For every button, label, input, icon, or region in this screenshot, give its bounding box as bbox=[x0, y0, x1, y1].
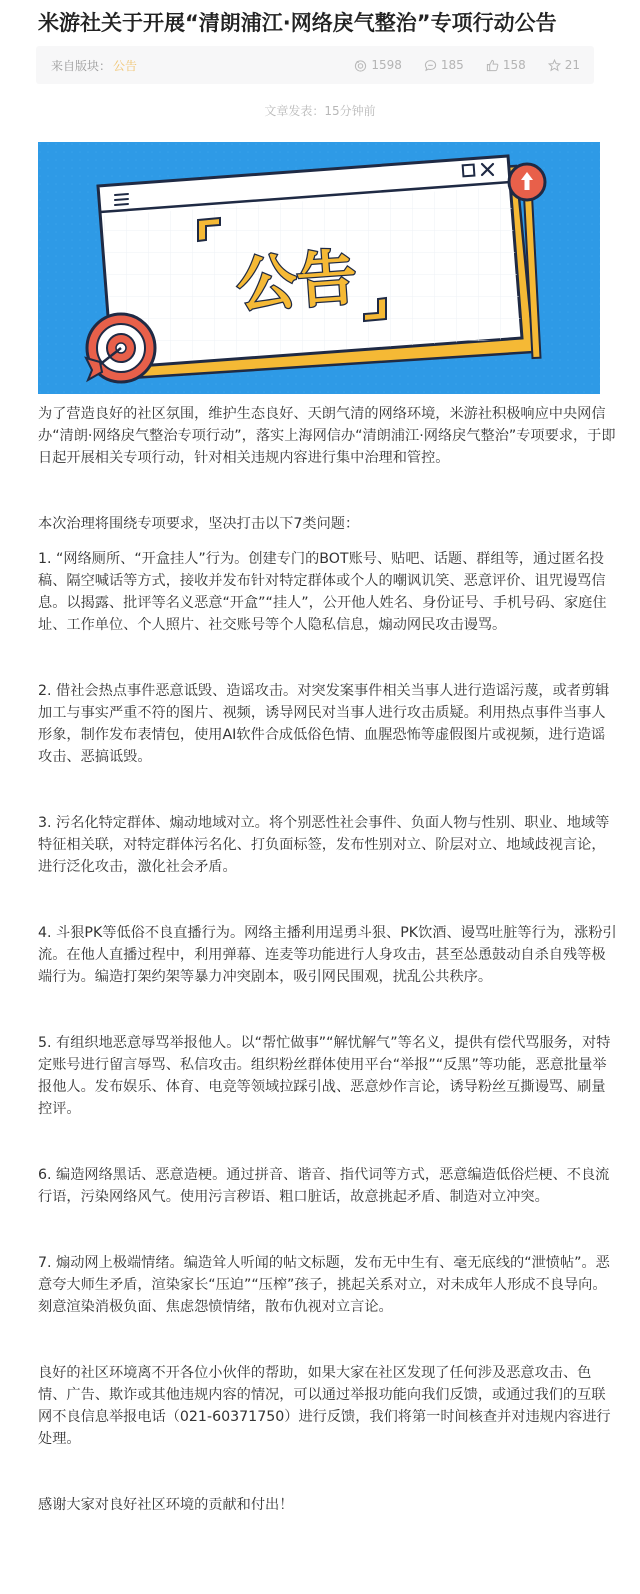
article-title: 米游社关于开展“清朗浦江·网络戾气整治”专项行动公告 bbox=[38, 8, 618, 38]
publish-time: 文章发表：15分钟前 bbox=[0, 102, 640, 119]
issue-item-4: 4. 斗狠PK等低俗不良直播行为。网络主播利用逞勇斗狠、PK饮酒、谩骂吐脏等行为… bbox=[38, 922, 618, 988]
thanks-paragraph: 感谢大家对良好社区环境的贡献和付出！ bbox=[38, 1494, 618, 1516]
eye-icon bbox=[354, 59, 367, 72]
target-icon bbox=[86, 314, 155, 382]
comments-stat[interactable]: 185 bbox=[424, 58, 464, 72]
banner-text: 公告 bbox=[234, 243, 359, 321]
article-stats: 1598 185 158 21 bbox=[354, 58, 580, 72]
announcement-banner-image: 公告 bbox=[38, 142, 600, 394]
likes-stat[interactable]: 158 bbox=[486, 58, 526, 72]
intro-paragraph: 为了营造良好的社区氛围，维护生态良好、天朗气清的网络环境，米游社积极响应中央网信… bbox=[38, 403, 618, 469]
likes-count: 158 bbox=[503, 58, 526, 72]
issue-item-1: 1. “网络厕所、“开盒挂人”行为。创建专门的BOT账号、贴吧、话题、群组等，通… bbox=[38, 548, 618, 636]
favorites-count: 21 bbox=[565, 58, 580, 72]
comment-icon bbox=[424, 59, 437, 72]
issue-item-6: 6. 编造网络黑话、恶意造梗。通过拼音、谐音、指代词等方式，恶意编造低俗烂梗、不… bbox=[38, 1164, 618, 1208]
issue-item-2: 2. 借社会热点事件恶意诋毁、造谣攻击。对突发案事件相关当事人进行造谣污蔑，或者… bbox=[38, 680, 618, 768]
star-icon bbox=[548, 59, 561, 72]
article-meta-bar: 来自版块： 公告 1598 185 158 21 bbox=[36, 46, 594, 84]
issue-item-7: 7. 煽动网上极端情绪。编造耸人听闻的帖文标题，发布无中生有、毫无底线的“泄愤帖… bbox=[38, 1252, 618, 1318]
article-body: 为了营造良好的社区氛围，维护生态良好、天朗气清的网络环境，米游社积极响应中央网信… bbox=[38, 403, 618, 1516]
favorites-stat[interactable]: 21 bbox=[548, 58, 580, 72]
views-count: 1598 bbox=[371, 58, 402, 72]
thumbs-up-icon bbox=[486, 59, 499, 72]
comments-count: 185 bbox=[441, 58, 464, 72]
report-paragraph: 良好的社区环境离不开各位小伙伴的帮助，如果大家在社区发现了任何涉及恶意攻击、色情… bbox=[38, 1362, 618, 1450]
issues-intro-paragraph: 本次治理将围绕专项要求，坚决打击以下7类问题： bbox=[38, 513, 618, 535]
issue-item-3: 3. 污名化特定群体、煽动地域对立。将个别恶性社会事件、负面人物与性别、职业、地… bbox=[38, 812, 618, 878]
board-link[interactable]: 公告 bbox=[113, 57, 137, 74]
views-stat: 1598 bbox=[354, 58, 402, 72]
issue-item-5: 5. 有组织地恶意辱骂举报他人。以“帮忙做事”“解忧解气”等名义，提供有偿代骂服… bbox=[38, 1032, 618, 1120]
from-board-label: 来自版块： bbox=[51, 57, 111, 74]
